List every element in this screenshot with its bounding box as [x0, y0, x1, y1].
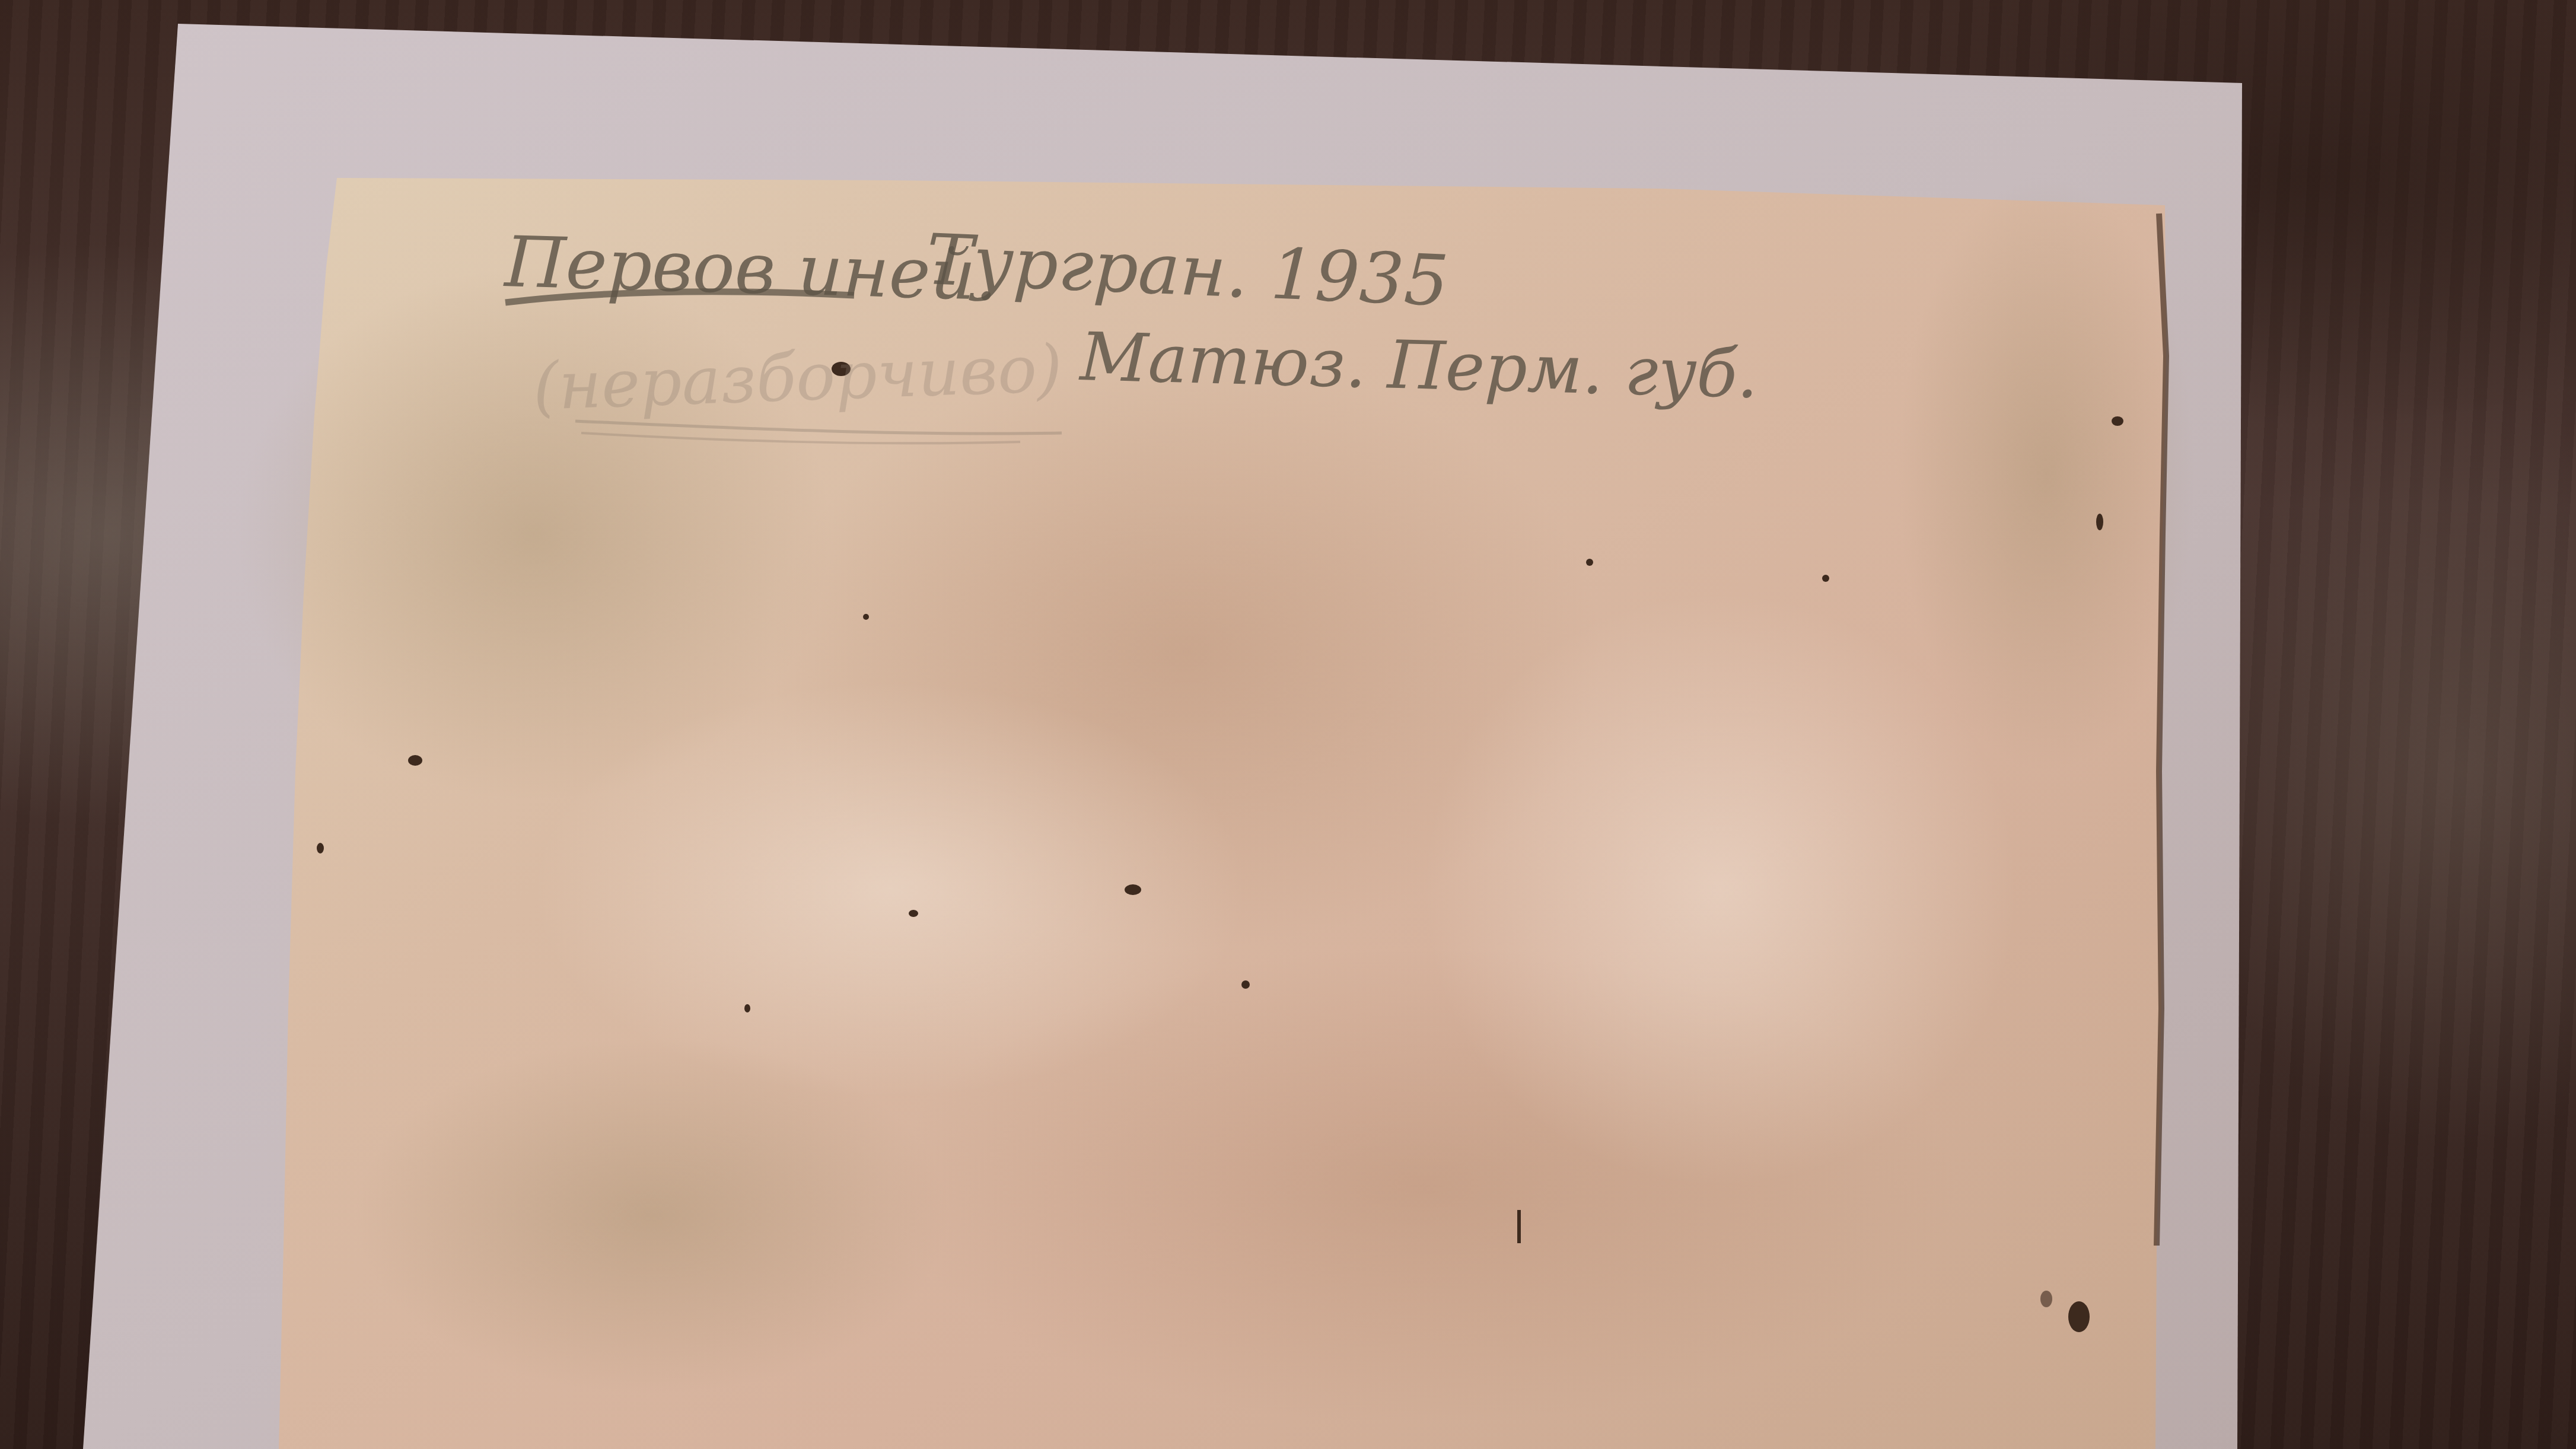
- inscription-line1-part1: Первов иней.: [502, 221, 999, 316]
- document-photo: Первов иней. Тургран. 1935 Матюз. Перм. …: [0, 0, 2576, 1449]
